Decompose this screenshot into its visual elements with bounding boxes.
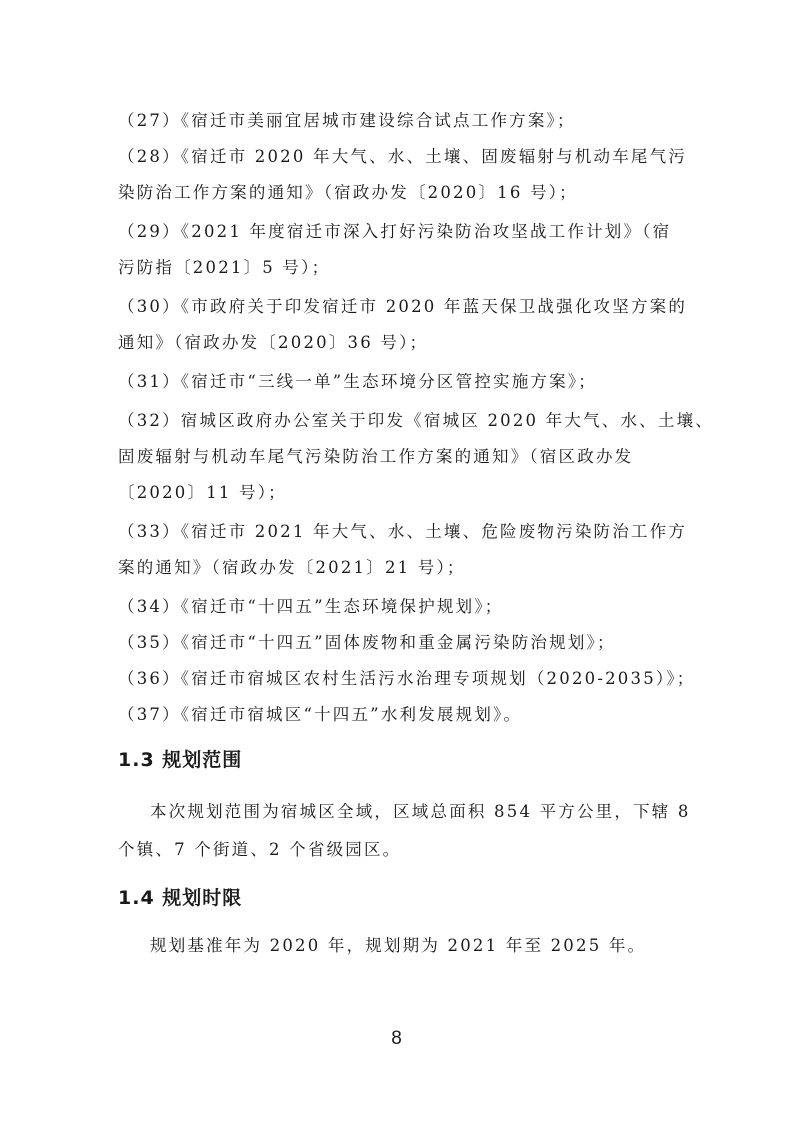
reference-33-continued: 案的通知》（宿政办发〔2021〕21 号）； [118, 557, 678, 579]
reference-number: （27） [118, 111, 181, 130]
section-timeframe-paragraph: 规划基准年为 2020 年，规划期为 2021 年至 2025 年。 [150, 935, 678, 957]
reference-30-continued: 通知》（宿政办发〔2020〕36 号）； [118, 332, 678, 354]
reference-28-continued: 染防治工作方案的通知》（宿政办发〔2020〕16 号）； [118, 182, 678, 204]
reference-36: （36）《宿迁市宿城区农村生活污水治理专项规划（2020-2035）》； [118, 668, 678, 690]
reference-text: 《宿迁市“十四五”生态环境保护规划》； [181, 597, 504, 616]
reference-text: 《市政府关于印发宿迁市 2020 年蓝天保卫战强化攻坚方案的 [181, 297, 687, 316]
reference-30: （30）《市政府关于印发宿迁市 2020 年蓝天保卫战强化攻坚方案的 [118, 296, 678, 318]
document-page: （27）《宿迁市美丽宜居城市建设综合试点工作方案》； （28）《宿迁市 2020… [0, 0, 793, 1122]
reference-number: （30） [118, 297, 181, 316]
reference-text: 宿城区政府办公室关于印发《宿城区 2020 年大气、水、土壤、 [181, 411, 714, 430]
reference-text: 《宿迁市 2021 年大气、水、土壤、危险废物污染防治工作方 [181, 522, 687, 541]
reference-28: （28）《宿迁市 2020 年大气、水、土壤、固废辐射与机动车尾气污 [118, 146, 678, 168]
reference-text: 《宿迁市“十四五”固体废物和重金属污染防治规划》； [181, 633, 616, 652]
page-number: 8 [0, 1028, 793, 1050]
reference-34: （34）《宿迁市“十四五”生态环境保护规划》； [118, 596, 678, 618]
section-heading-scope: 1.3 规划范围 [118, 748, 242, 772]
reference-text: 《宿迁市宿城区“十四五”水利发展规划》。 [181, 705, 522, 724]
reference-number: （37） [118, 705, 181, 724]
reference-27: （27）《宿迁市美丽宜居城市建设综合试点工作方案》； [118, 110, 678, 132]
reference-29-continued: 污防指〔2021〕5 号）； [118, 257, 678, 279]
reference-text: 《宿迁市美丽宜居城市建设综合试点工作方案》； [181, 111, 576, 130]
reference-text: 《宿迁市 2020 年大气、水、土壤、固废辐射与机动车尾气污 [181, 147, 687, 166]
reference-29: （29）《2021 年度宿迁市深入打好污染防治攻坚战工作计划》（宿 [118, 221, 678, 243]
reference-text: 《2021 年度宿迁市深入打好污染防治攻坚战工作计划》（宿 [181, 222, 672, 241]
reference-number: （29） [118, 222, 181, 241]
reference-33: （33）《宿迁市 2021 年大气、水、土壤、危险废物污染防治工作方 [118, 521, 678, 543]
reference-32-continued-2: 〔2020〕11 号）； [118, 482, 678, 504]
reference-31: （31）《宿迁市“三线一单”生态环境分区管控实施方案》； [118, 371, 678, 393]
reference-number: （35） [118, 633, 181, 652]
reference-number: （33） [118, 522, 181, 541]
reference-37: （37）《宿迁市宿城区“十四五”水利发展规划》。 [118, 704, 678, 726]
reference-number: （32） [118, 411, 181, 430]
reference-32: （32）宿城区政府办公室关于印发《宿城区 2020 年大气、水、土壤、 [118, 410, 678, 432]
reference-text: 《宿迁市宿城区农村生活污水治理专项规划（2020-2035）》； [181, 669, 696, 688]
reference-number: （28） [118, 147, 181, 166]
reference-32-continued: 固废辐射与机动车尾气污染防治工作方案的通知》（宿区政办发 [118, 446, 678, 468]
reference-number: （34） [118, 597, 181, 616]
reference-text: 《宿迁市“三线一单”生态环境分区管控实施方案》； [181, 372, 597, 391]
section-scope-paragraph: 本次规划范围为宿城区全域，区域总面积 854 平方公里，下辖 8 [150, 801, 678, 823]
section-scope-paragraph-continued: 个镇、7 个街道、2 个省级园区。 [118, 839, 678, 861]
reference-number: （31） [118, 372, 181, 391]
reference-number: （36） [118, 669, 181, 688]
reference-35: （35）《宿迁市“十四五”固体废物和重金属污染防治规划》； [118, 632, 678, 654]
section-heading-timeframe: 1.4 规划时限 [118, 886, 242, 910]
